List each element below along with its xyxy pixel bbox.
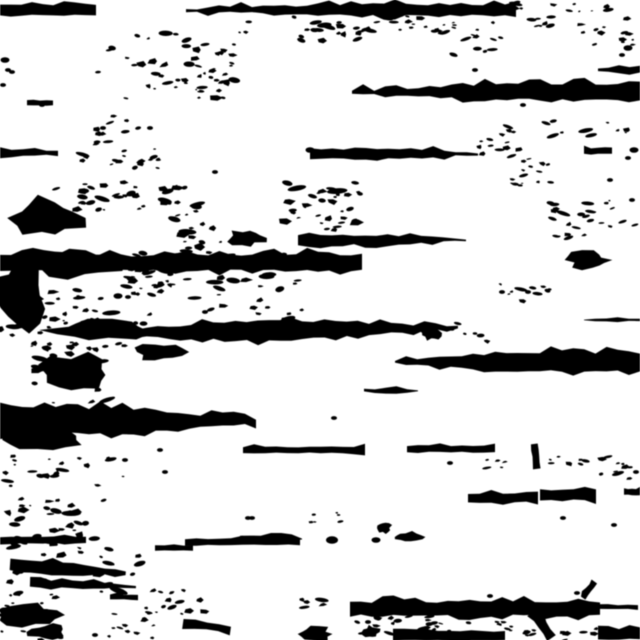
grunge-texture-canvas [0, 0, 640, 640]
grunge-texture-image [0, 0, 640, 640]
